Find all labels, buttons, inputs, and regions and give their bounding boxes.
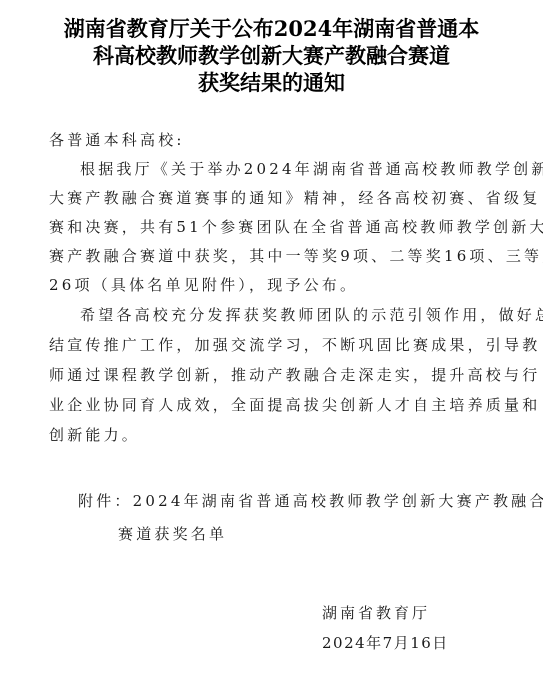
paragraph-1-line-3: 赛和决赛，共有51个参赛团队在全省普通高校教师教学创新大 [49, 218, 543, 236]
paragraph-1-line-2: 大赛产教融合赛道赛事的通知》精神，经各高校初赛、省级复 [49, 189, 540, 207]
issuer-name: 湖南省教育厅 [322, 604, 430, 622]
attachment-line-1: 附件：2024年湖南省普通高校教师教学创新大赛产教融合 [78, 492, 543, 510]
paragraph-2-line-5: 创新能力。 [49, 426, 140, 444]
title-line-2: 科高校教师教学创新大赛产教融合赛道 [0, 42, 543, 69]
issue-date: 2024年7月16日 [322, 634, 449, 652]
paragraph-2-line-3: 师通过课程教学创新，推动产教融合走深走实，提升高校与行 [49, 366, 540, 384]
paragraph-2-line-1: 希望各高校充分发挥获奖教师团队的示范引领作用，做好总 [80, 306, 543, 324]
title-line-1: 湖南省教育厅关于公布2024年湖南省普通本 [0, 15, 543, 42]
paragraph-2-line-2: 结宣传推广工作，加强交流学习，不断巩固比赛成果，引导教 [49, 336, 540, 354]
document-title: 湖南省教育厅关于公布2024年湖南省普通本 科高校教师教学创新大赛产教融合赛道 … [0, 15, 543, 96]
attachment-line-2: 赛道获奖名单 [118, 525, 227, 543]
paragraph-1-line-5: 26项（具体名单见附件），现予公布。 [49, 276, 358, 294]
title-line-3: 获奖结果的通知 [0, 69, 543, 96]
paragraph-1-line-4: 赛产教融合赛道中获奖，其中一等奖9项、二等奖16项、三等奖 [49, 247, 543, 265]
salutation: 各普通本科高校: [49, 131, 185, 149]
paragraph-1-line-1: 根据我厅《关于举办2024年湖南省普通高校教师教学创新 [80, 160, 543, 178]
paragraph-2-line-4: 业企业协同育人成效，全面提高拔尖创新人才自主培养质量和 [49, 396, 540, 414]
